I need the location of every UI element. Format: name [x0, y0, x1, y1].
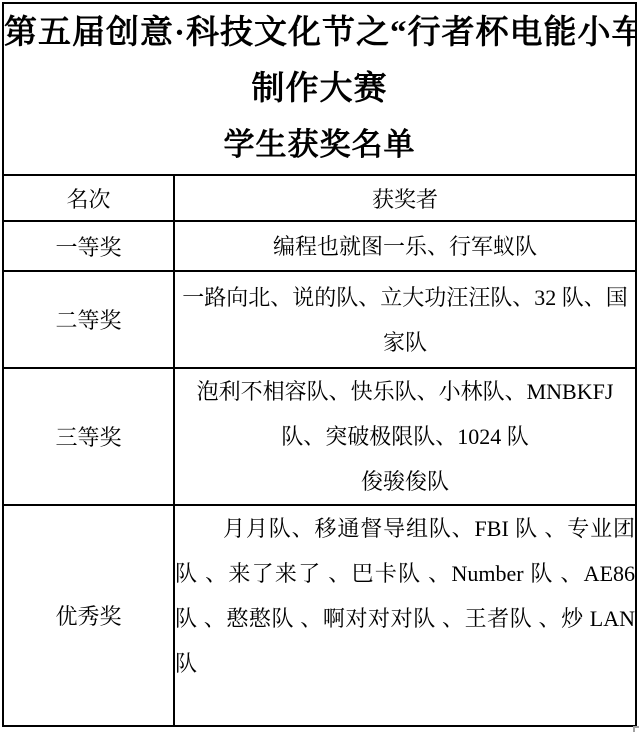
title-row: 第五届创意·科技文化节之“行者杯电能小车 制作大赛 学生获奖名单 — [3, 3, 636, 175]
document-subtitle: 学生获奖名单 — [4, 117, 635, 173]
column-header-winners: 获奖者 — [174, 175, 636, 221]
winners-cell-third-prize: 泡利不相容队、快乐队、小林队、MNBKFJ 队、突破极限队、1024 队 俊骏俊… — [174, 368, 636, 505]
winners-cell-second-prize: 一路向北、说的队、立大功汪汪队、32 队、国家队 — [174, 271, 636, 368]
document-title-cell: 第五届创意·科技文化节之“行者杯电能小车 制作大赛 学生获奖名单 — [3, 3, 636, 175]
table-row: 优秀奖 月月队、移通督导组队、FBI 队 、专业团队 、来了来了 、巴卡队 、N… — [3, 505, 636, 726]
table-row: 三等奖 泡利不相容队、快乐队、小林队、MNBKFJ 队、突破极限队、1024 队… — [3, 368, 636, 505]
table-resize-handle-icon[interactable] — [633, 726, 639, 732]
winners-cell-excellence-prize: 月月队、移通督导组队、FBI 队 、专业团队 、来了来了 、巴卡队 、Numbe… — [174, 505, 636, 726]
document-page: 第五届创意·科技文化节之“行者杯电能小车 制作大赛 学生获奖名单 名次 获奖者 … — [0, 0, 639, 732]
rank-cell-excellence-prize: 优秀奖 — [3, 505, 174, 726]
rank-cell-third-prize: 三等奖 — [3, 368, 174, 505]
awards-table: 第五届创意·科技文化节之“行者杯电能小车 制作大赛 学生获奖名单 名次 获奖者 … — [2, 2, 637, 727]
winners-cell-first-prize: 编程也就图一乐、行军蚁队 — [174, 221, 636, 271]
title-line-1: 第五届创意·科技文化节之“行者杯电能小车 — [4, 5, 635, 61]
table-header-row: 名次 获奖者 — [3, 175, 636, 221]
table-row: 二等奖 一路向北、说的队、立大功汪汪队、32 队、国家队 — [3, 271, 636, 368]
title-line-2: 制作大赛 — [4, 61, 635, 117]
column-header-rank: 名次 — [3, 175, 174, 221]
table-row: 一等奖 编程也就图一乐、行军蚁队 — [3, 221, 636, 271]
rank-cell-first-prize: 一等奖 — [3, 221, 174, 271]
rank-cell-second-prize: 二等奖 — [3, 271, 174, 368]
